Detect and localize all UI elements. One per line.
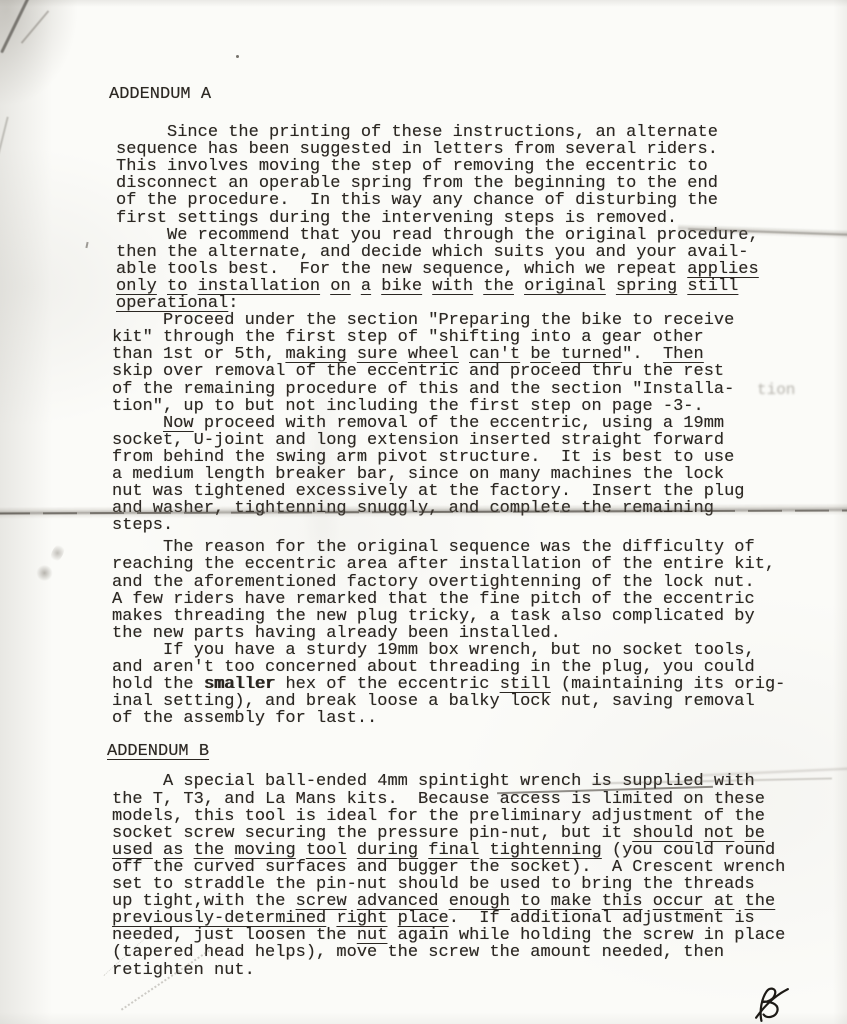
para-box-wrench: If you have a sturdy 19mm box wrench, bu… — [112, 642, 847, 727]
ink-dot — [236, 55, 239, 58]
corner-crease-mark — [0, 0, 31, 53]
para-alternate-sequence: Since the printing of these instructions… — [116, 124, 847, 227]
para-now-proceed: Now proceed with removal of the eccentri… — [112, 415, 847, 535]
handwritten-initial-icon — [752, 986, 792, 1024]
addendum-a-heading: ADDENDUM A — [109, 86, 847, 103]
para-proceed-section: Proceed under the section "Preparing the… — [112, 312, 847, 415]
addendum-b-heading: ADDENDUM B — [107, 743, 847, 760]
para-recommendation: We recommend that you read through the o… — [116, 227, 847, 312]
typewritten-content: ADDENDUM A Since the printing of these i… — [0, 86, 847, 979]
para-reason: The reason for the original sequence was… — [112, 539, 847, 642]
scanned-page: ADDENDUM A Since the printing of these i… — [0, 0, 847, 1024]
para-spintight-wrench: A special ball-ended 4mm spintight wrenc… — [112, 773, 847, 978]
corner-crease-mark — [21, 10, 50, 43]
